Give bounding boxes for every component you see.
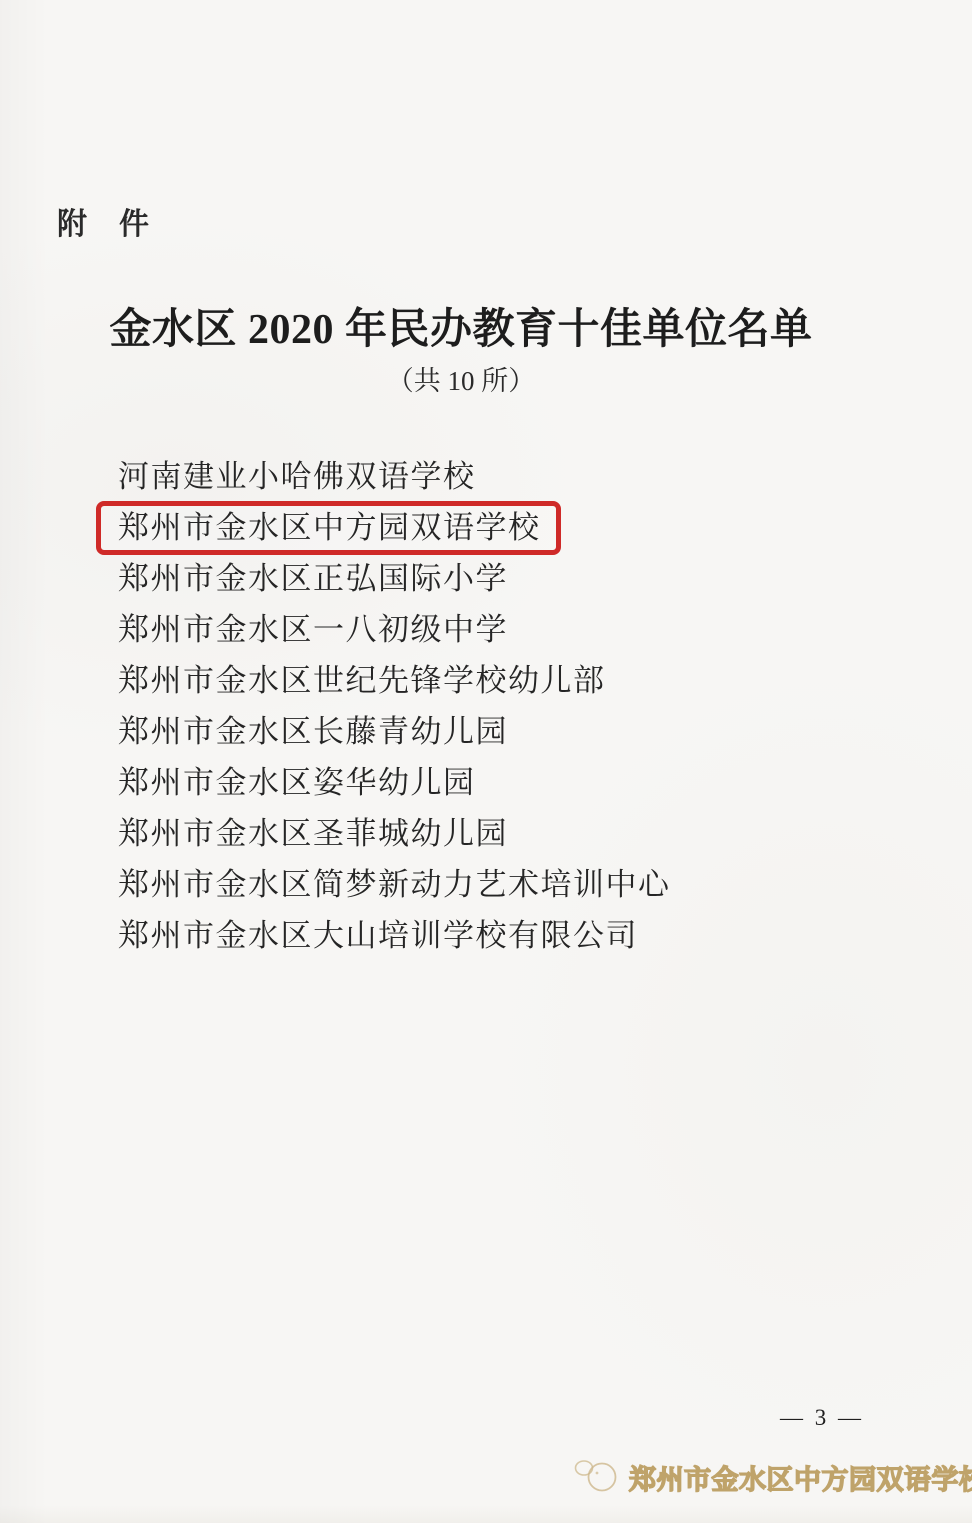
list-item: 郑州市金水区简梦新动力艺术培训中心 — [118, 859, 838, 910]
list-item: 郑州市金水区一八初级中学 — [118, 604, 838, 655]
school-name: 郑州市金水区简梦新动力艺术培训中心 — [118, 863, 671, 907]
school-name: 郑州市金水区姿华幼儿园 — [118, 761, 476, 805]
list-item: 郑州市金水区中方园双语学校 — [118, 502, 838, 553]
watermark-text: 郑州市金水区中方园双语学校 — [629, 1458, 972, 1497]
footer-watermark: 郑州市金水区中方园双语学校 — [574, 1455, 972, 1500]
school-list: 河南建业小哈佛双语学校 郑州市金水区中方园双语学校 郑州市金水区正弘国际小学 郑… — [118, 451, 838, 961]
page-number: — 3 — — [757, 1405, 887, 1431]
school-name: 河南建业小哈佛双语学校 — [118, 455, 476, 499]
school-name: 郑州市金水区长藤青幼儿园 — [118, 710, 508, 754]
list-item: 郑州市金水区大山培训学校有限公司 — [118, 910, 838, 961]
attachment-label: 附 件 — [57, 199, 150, 243]
list-item: 河南建业小哈佛双语学校 — [118, 451, 838, 502]
school-logo-icon — [574, 1455, 622, 1500]
list-item: 郑州市金水区姿华幼儿园 — [118, 757, 838, 808]
list-item: 郑州市金水区正弘国际小学 — [118, 553, 838, 604]
scanned-document-page: 附 件 金水区 2020 年民办教育十佳单位名单 （共 10 所） 河南建业小哈… — [0, 0, 972, 1523]
list-item: 郑州市金水区圣菲城幼儿园 — [118, 808, 838, 859]
school-name: 郑州市金水区大山培训学校有限公司 — [118, 914, 638, 958]
page-subtitle: （共 10 所） — [0, 359, 922, 398]
list-item: 郑州市金水区长藤青幼儿园 — [118, 706, 838, 757]
school-name: 郑州市金水区正弘国际小学 — [118, 557, 508, 601]
school-name: 郑州市金水区圣菲城幼儿园 — [118, 812, 508, 856]
school-name: 郑州市金水区世纪先锋学校幼儿部 — [118, 659, 606, 703]
page-title: 金水区 2020 年民办教育十佳单位名单 — [0, 296, 922, 356]
school-name: 郑州市金水区一八初级中学 — [118, 608, 508, 652]
school-name: 郑州市金水区中方园双语学校 — [96, 501, 561, 555]
list-item: 郑州市金水区世纪先锋学校幼儿部 — [118, 655, 838, 706]
